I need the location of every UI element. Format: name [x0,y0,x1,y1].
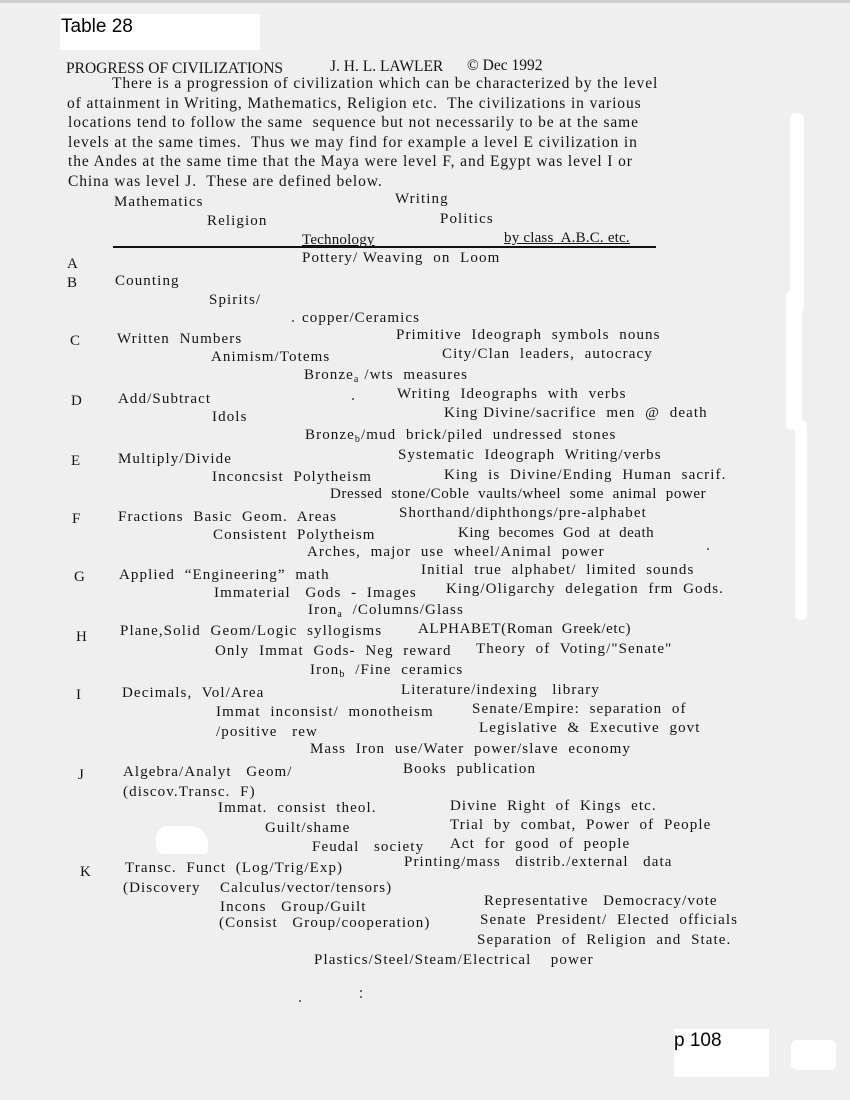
tech-text: Iron [308,602,337,618]
politics-entry: Senate President/ Elected officials [480,911,738,929]
table-label-text: Table 28 [61,16,133,38]
politics-entry: Representative Democracy/vote [484,892,718,910]
tech-text: /mud brick/piled undressed stones [361,427,616,443]
scan-speck [360,996,362,998]
writing-entry: Books publication [403,760,536,778]
column-header-politics: Politics [440,210,494,228]
religion-entry: /positive rew [216,723,318,741]
page-number-text: p 108 [674,1030,722,1052]
level-marker: K [80,863,91,881]
politics-entry: Theory of Voting/"Senate" [476,640,672,658]
religion-entry: Animism/Totems [211,348,330,366]
politics-entry: Separation of Religion and State. [477,931,731,949]
level-marker: A [67,255,78,273]
scan-top-edge [0,0,850,3]
copyright-notice: © Dec 1992 [467,57,542,75]
politics-entry: King/Oligarchy delegation frm Gods. [446,580,724,598]
politics-entry: King becomes God at death [458,524,654,542]
writing-entry: Shorthand/diphthongs/pre-alphabet [399,504,647,522]
writing-entry: Literature/indexing library [401,681,600,699]
politics-entry: King Divine/sacrifice men @ death [444,404,708,422]
level-marker: I [76,686,81,704]
mathematics-entry: Fractions Basic Geom. Areas [118,508,337,526]
tech-text: /wts measures [359,367,468,383]
technology-entry: copper/Ceramics [302,309,420,327]
level-marker: B [67,274,77,292]
mathematics-entry: Written Numbers [117,330,242,348]
writing-entry: Primitive Ideograph symbols nouns [396,326,661,344]
mathematics-entry: Multiply/Divide [118,450,232,468]
writing-entry: Writing Ideographs with verbs [397,385,627,403]
writing-entry: Printing/mass distrib./external data [404,853,673,871]
column-header-by-class: by class A.B.C. etc. [504,229,630,247]
mathematics-entry: Algebra/Analyt Geom/ [123,763,293,781]
mathematics-entry: Counting [115,272,180,290]
tech-text: /Fine ceramics [346,662,464,678]
mathematics-entry: Plane,Solid Geom/Logic syllogisms [120,622,382,640]
politics-entry: Senate/Empire: separation of [472,700,687,718]
level-marker: E [71,452,80,470]
document-author: J. H. L. LAWLER [330,58,443,76]
tech-text: /Columns/Glass [343,602,464,618]
politics-entry: City/Clan leaders, autocracy [442,345,653,363]
level-marker: C [70,332,80,350]
mathematics-entry: Transc. Funct (Log/Trig/Exp) [125,859,343,877]
intro-line: levels at the same times. Thus we may fi… [68,134,638,152]
religion-entry: Idols [212,408,248,426]
technology-entry: Dressed stone/Coble vaults/wheel some an… [330,485,706,503]
religion-entry: Spirits/ [209,291,261,309]
intro-line: There is a progression of civilization w… [112,75,658,93]
column-header-writing: Writing [395,190,449,208]
religion-entry: Immat. consist theol. [218,799,377,817]
mathematics-entry: Decimals, Vol/Area [122,684,264,702]
religion-entry: (Consist Group/cooperation) [219,914,430,932]
level-marker: F [72,510,81,528]
table-label: Table 28 [60,14,260,50]
scan-speck [360,990,362,992]
politics-entry: Divine Right of Kings etc. [450,797,657,815]
technology-entry: Plastics/Steel/Steam/Electrical power [314,951,594,969]
technology-entry: Mass Iron use/Water power/slave economy [310,740,631,758]
religion-entry: Inconcsist Polytheism [212,468,372,486]
politics-entry: King is Divine/Ending Human sacrif. [444,466,726,484]
whiteout-strip [786,290,802,430]
mathematics-entry: (Discovery Calculus/vector/tensors) [123,879,392,897]
whiteout-patch [156,826,208,854]
writing-entry: ALPHABET(Roman Greek/etc) [418,620,631,638]
mathematics-entry: Applied “Engineering” math [119,566,330,584]
scan-speck [299,1000,301,1002]
writing-entry: Systematic Ideograph Writing/verbs [398,446,662,464]
intro-line: China was level J. These are defined bel… [68,173,383,191]
politics-entry: Trial by combat, Power of People [450,816,711,834]
scan-speck [292,320,294,322]
level-marker: H [76,628,87,646]
politics-entry: Legislative & Executive govt [479,719,701,737]
column-header-mathematics: Mathematics [114,193,204,211]
tech-text: Bronze [305,427,355,443]
tech-text: Bronze [304,367,354,383]
scan-speck [707,548,709,550]
level-marker: G [74,568,85,586]
mathematics-entry: Add/Subtract [118,390,211,408]
intro-line: the Andes at the same time that the Maya… [68,153,633,171]
religion-entry: Immaterial Gods - Images [214,584,417,602]
writing-entry: Initial true alphabet/ limited sounds [421,561,694,579]
column-header-religion: Religion [207,212,267,230]
whiteout-patch [791,1040,836,1070]
intro-line: locations tend to follow the same sequen… [68,114,639,132]
scan-speck [352,398,354,400]
page-number-label: p 108 [674,1029,769,1077]
technology-entry: Arches, major use wheel/Animal power [307,543,605,561]
religion-entry: Consistent Polytheism [213,526,376,544]
whiteout-strip [790,113,804,313]
intro-line: of attainment in Writing, Mathematics, R… [67,95,642,113]
religion-entry: Guilt/shame [265,819,350,837]
header-rule [113,246,656,248]
level-marker: D [71,392,82,410]
whiteout-strip [795,420,807,620]
politics-entry: Act for good of people [450,835,630,853]
religion-entry: Only Immat Gods- Neg reward [215,642,452,660]
religion-entry: Immat inconsist/ monotheism [216,703,434,721]
technology-entry: Pottery/ Weaving on Loom [302,249,500,267]
tech-text: Iron [310,662,339,678]
level-marker: J [78,766,84,784]
